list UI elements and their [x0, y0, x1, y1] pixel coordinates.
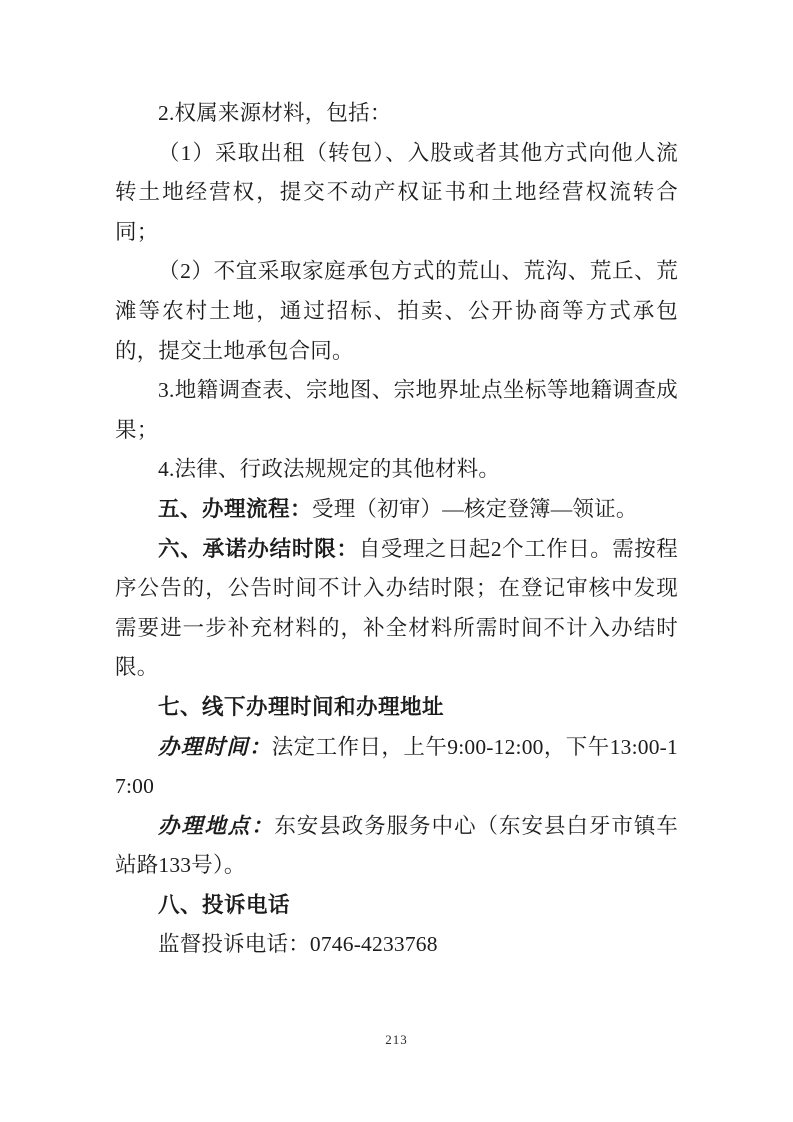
paragraph-office-hours: 办理时间：法定工作日，上午9:00-12:00，下午13:00-17:00: [115, 728, 678, 807]
paragraph-ownership-materials: 2.权属来源材料，包括：: [115, 94, 678, 134]
run-in-label: 办理地点：: [158, 814, 274, 838]
page-number: 213: [0, 1032, 793, 1048]
paragraph-text: （2）不宜采取家庭承包方式的荒山、荒沟、荒丘、荒滩等农村土地，通过招标、拍卖、公…: [115, 259, 678, 362]
section-label: 五、办理流程：: [158, 497, 312, 521]
paragraph-text: 2.权属来源材料，包括：: [158, 101, 392, 125]
paragraph-item-1-lease: （1）采取出租（转包）、入股或者其他方式向他人流转土地经营权，提交不动产权证书和…: [115, 134, 678, 253]
paragraph-item-2-wasteland: （2）不宜采取家庭承包方式的荒山、荒沟、荒丘、荒滩等农村土地，通过招标、拍卖、公…: [115, 252, 678, 371]
paragraph-text: （1）采取出租（转包）、入股或者其他方式向他人流转土地经营权，提交不动产权证书和…: [115, 141, 678, 244]
run-in-label: 办理时间：: [158, 735, 272, 759]
section-label: 八、投诉电话: [158, 893, 290, 917]
section-offline-heading: 七、线下办理时间和办理地址: [115, 688, 678, 728]
paragraph-text: 4.法律、行政法规规定的其他材料。: [158, 457, 500, 481]
document-body: 2.权属来源材料，包括： （1）采取出租（转包）、入股或者其他方式向他人流转土地…: [115, 94, 678, 965]
paragraph-other-materials: 4.法律、行政法规规定的其他材料。: [115, 450, 678, 490]
paragraph-office-address: 办理地点：东安县政务服务中心（东安县白牙市镇车站路133号）。: [115, 807, 678, 886]
document-page: 2.权属来源材料，包括： （1）采取出租（转包）、入股或者其他方式向他人流转土地…: [0, 0, 793, 1122]
section-time-limit: 六、承诺办结时限：自受理之日起2个工作日。需按程序公告的，公告时间不计入办结时限…: [115, 530, 678, 688]
paragraph-cadastral-survey: 3.地籍调查表、宗地图、宗地界址点坐标等地籍调查成果；: [115, 371, 678, 450]
section-complaint-heading: 八、投诉电话: [115, 886, 678, 926]
paragraph-text: 受理（初审）—核定登簿—领证。: [312, 497, 638, 521]
paragraph-complaint-phone: 监督投诉电话：0746-4233768: [115, 925, 678, 965]
section-label: 七、线下办理时间和办理地址: [158, 695, 444, 719]
section-label: 六、承诺办结时限：: [158, 537, 359, 561]
section-processing-flow: 五、办理流程：受理（初审）—核定登簿—领证。: [115, 490, 678, 530]
paragraph-text: 监督投诉电话：0746-4233768: [158, 932, 438, 956]
paragraph-text: 3.地籍调查表、宗地图、宗地界址点坐标等地籍调查成果；: [115, 378, 678, 442]
